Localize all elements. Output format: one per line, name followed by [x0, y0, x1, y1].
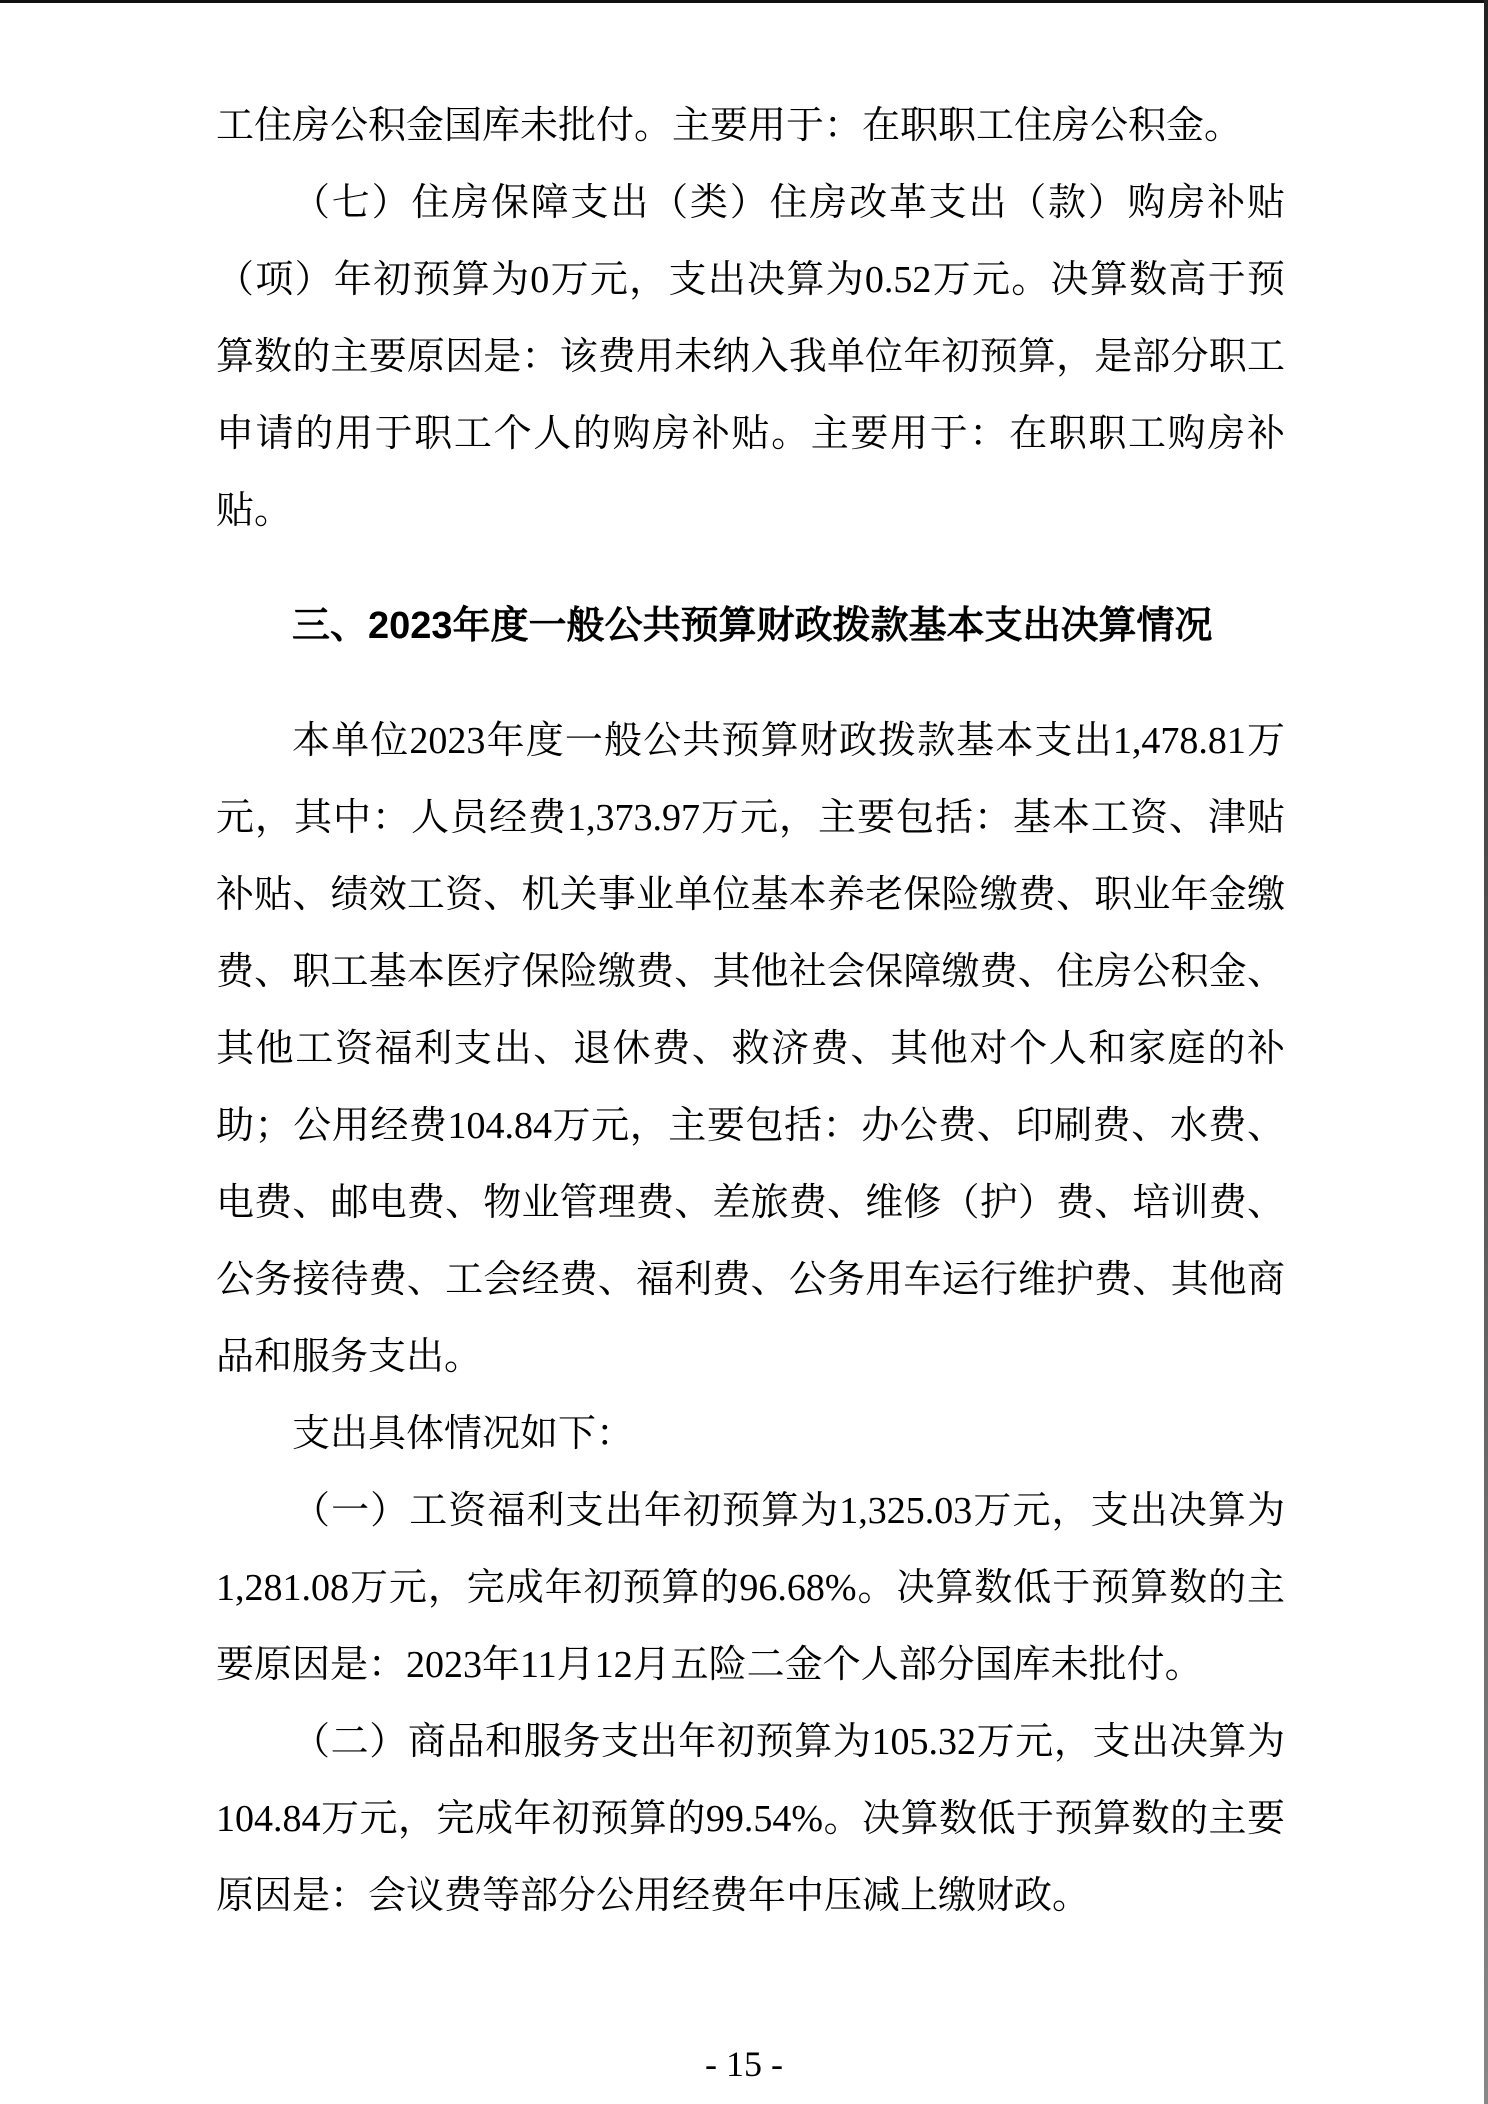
paragraph: 本单位2023年度一般公共预算财政拨款基本支出1,478.81万元，其中：人员经…	[216, 703, 1285, 1396]
paragraph: 支出具体情况如下：	[216, 1396, 1285, 1473]
paragraph: （二）商品和服务支出年初预算为105.32万元，支出决算为104.84万元，完成…	[216, 1704, 1285, 1935]
scan-edge-top	[0, 0, 1488, 3]
section-heading: 三、2023年度一般公共预算财政拨款基本支出决算情况	[216, 588, 1285, 665]
document-page: 工住房公积金国库未批付。主要用于：在职职工住房公积金。（七）住房保障支出（类）住…	[0, 0, 1488, 2104]
page-number: - 15 -	[705, 2044, 783, 2084]
paragraph: 工住房公积金国库未批付。主要用于：在职职工住房公积金。	[216, 88, 1285, 165]
paragraph: （一）工资福利支出年初预算为1,325.03万元，支出决算为1,281.08万元…	[216, 1473, 1285, 1704]
paragraph: （七）住房保障支出（类）住房改革支出（款）购房补贴（项）年初预算为0万元，支出决…	[216, 165, 1285, 550]
scan-edge-right	[1484, 0, 1488, 2104]
page-footer: - 15 -	[0, 2044, 1488, 2084]
document-body: 工住房公积金国库未批付。主要用于：在职职工住房公积金。（七）住房保障支出（类）住…	[216, 88, 1285, 1935]
